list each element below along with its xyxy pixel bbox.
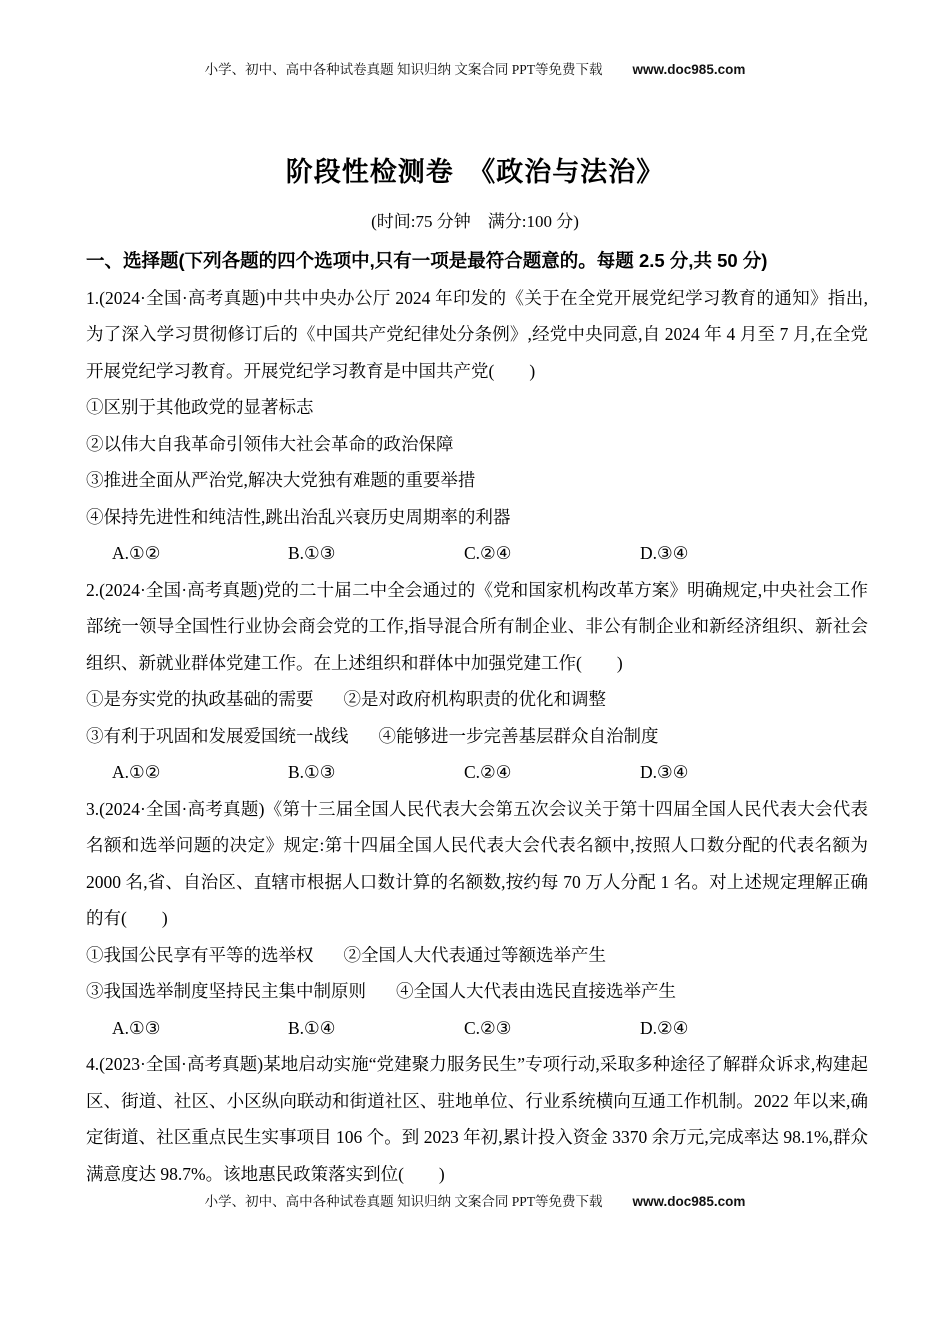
question-2-option-1: ①是夯实党的执政基础的需要 [86,681,314,718]
choice-c: C.②④ [464,754,640,791]
question-3-option-row-1: ①我国公民享有平等的选举权②全国人大代表通过等额选举产生 [86,937,868,974]
question-3-choice-row: A.①③ B.①④ C.②③ D.②④ [86,1010,868,1047]
question-2-option-row-1: ①是夯实党的执政基础的需要②是对政府机构职责的优化和调整 [86,681,868,718]
choice-a: A.①③ [112,1010,288,1047]
question-3-option-3: ③我国选举制度坚持民主集中制原则 [86,973,366,1010]
site-banner-text: 小学、初中、高中各种试卷真题 知识归纳 文案合同 PPT等免费下载 [205,1194,603,1209]
site-url-link[interactable]: www.doc985.com [633,1194,746,1209]
choice-c: C.②③ [464,1010,640,1047]
choice-d: D.②④ [640,1010,688,1047]
question-2-stem: 2.(2024·全国·高考真题)党的二十届二中全会通过的《党和国家机构改革方案》… [86,572,868,682]
question-3-option-2: ②全国人大代表通过等额选举产生 [344,945,607,965]
choice-c: C.②④ [464,535,640,572]
question-3-option-1: ①我国公民享有平等的选举权 [86,937,314,974]
site-url-link[interactable]: www.doc985.com [633,62,746,77]
question-1-option-3: ③推进全面从严治党,解决大党独有难题的重要举措 [86,462,868,499]
choice-a: A.①② [112,535,288,572]
document-body: 一、选择题(下列各题的四个选项中,只有一项是最符合题意的。每题 2.5 分,共 … [0,243,950,1192]
question-3-option-4: ④全国人大代表由选民直接选举产生 [396,981,676,1001]
site-banner-top: 小学、初中、高中各种试卷真题 知识归纳 文案合同 PPT等免费下载www.doc… [0,0,950,79]
choice-b: B.①④ [288,1010,464,1047]
page-title: 阶段性检测卷 《政治与法治》 [0,153,950,191]
choice-d: D.③④ [640,535,688,572]
time-score-line: (时间:75 分钟 满分:100 分) [0,212,950,232]
site-banner-bottom: 小学、初中、高中各种试卷真题 知识归纳 文案合同 PPT等免费下载www.doc… [0,1192,950,1211]
question-4: 4.(2023·全国·高考真题)某地启动实施“党建聚力服务民生”专项行动,采取多… [86,1046,868,1192]
section-heading: 一、选择题(下列各题的四个选项中,只有一项是最符合题意的。每题 2.5 分,共 … [86,243,868,280]
choice-b: B.①③ [288,535,464,572]
question-1-choice-row: A.①② B.①③ C.②④ D.③④ [86,535,868,572]
question-3-stem: 3.(2024·全国·高考真题)《第十三届全国人民代表大会第五次会议关于第十四届… [86,791,868,937]
question-1-option-1: ①区别于其他政党的显著标志 [86,389,868,426]
question-2: 2.(2024·全国·高考真题)党的二十届二中全会通过的《党和国家机构改革方案》… [86,572,868,791]
question-2-option-4: ④能够进一步完善基层群众自治制度 [379,726,659,746]
question-3: 3.(2024·全国·高考真题)《第十三届全国人民代表大会第五次会议关于第十四届… [86,791,868,1047]
question-1-option-2: ②以伟大自我革命引领伟大社会革命的政治保障 [86,426,868,463]
question-1: 1.(2024·全国·高考真题)中共中央办公厅 2024 年印发的《关于在全党开… [86,280,868,572]
exam-document-page: 小学、初中、高中各种试卷真题 知识归纳 文案合同 PPT等免费下载www.doc… [0,0,950,1344]
question-3-option-row-2: ③我国选举制度坚持民主集中制原则④全国人大代表由选民直接选举产生 [86,973,868,1010]
choice-d: D.③④ [640,754,688,791]
choice-a: A.①② [112,754,288,791]
question-2-choice-row: A.①② B.①③ C.②④ D.③④ [86,754,868,791]
question-2-option-row-2: ③有利于巩固和发展爱国统一战线④能够进一步完善基层群众自治制度 [86,718,868,755]
question-2-option-3: ③有利于巩固和发展爱国统一战线 [86,718,349,755]
choice-b: B.①③ [288,754,464,791]
question-1-option-4: ④保持先进性和纯洁性,跳出治乱兴衰历史周期率的利器 [86,499,868,536]
question-4-stem: 4.(2023·全国·高考真题)某地启动实施“党建聚力服务民生”专项行动,采取多… [86,1046,868,1192]
site-banner-text: 小学、初中、高中各种试卷真题 知识归纳 文案合同 PPT等免费下载 [205,62,603,77]
question-2-option-2: ②是对政府机构职责的优化和调整 [344,689,607,709]
question-1-stem: 1.(2024·全国·高考真题)中共中央办公厅 2024 年印发的《关于在全党开… [86,280,868,390]
